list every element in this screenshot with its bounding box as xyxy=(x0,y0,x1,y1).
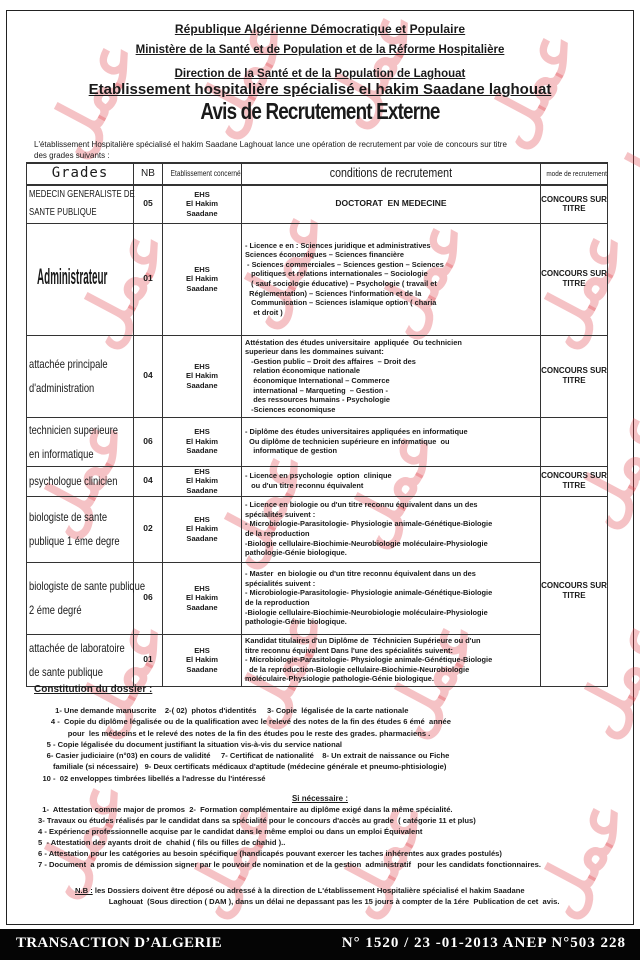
mode-line: TITRE xyxy=(541,279,607,289)
condition-line: politiques et relations internationales … xyxy=(245,269,537,279)
condition-line: -Biologie cellulaire-Biochimie-Neurobiol… xyxy=(245,539,537,549)
grades-table: Grades NB Etablissement concerné conditi… xyxy=(26,162,608,687)
condition-line: superieur dans les dommaines suivant: xyxy=(245,347,537,357)
dossier-item: 1- Une demande manuscrite 2-( 02) photos… xyxy=(34,705,451,716)
etablissement-line: Saadane xyxy=(163,446,241,456)
condition-line: - Master en biologie ou d'un titre recon… xyxy=(245,569,537,579)
etablissement-line: EHS xyxy=(163,265,241,275)
table-row: biologiste de santepublique 1 éme degre0… xyxy=(27,496,608,562)
grade-label: SANTE PUBLIQUE xyxy=(29,204,97,222)
etablissement-line: Saadane xyxy=(163,534,241,544)
grade-cell: attachée principaled'administration xyxy=(27,335,134,417)
dossier-item: 10 - 02 enveloppes timbrées libellés a l… xyxy=(34,773,451,784)
etablissement-line: El Hakim xyxy=(163,593,241,603)
si-necessaire-item: 3- Travaux ou études réalisés par le can… xyxy=(38,815,541,826)
table-row: technicien superieureen informatique06EH… xyxy=(27,417,608,466)
condition-line: des ressources humains - Psychologie xyxy=(245,395,537,405)
conditions-cell: DOCTORAT EN MEDECINE xyxy=(242,185,541,223)
condition-line: - Microbiologie-Parasitologie- Physiolog… xyxy=(245,655,537,665)
conditions-cell: - Licence en biologie ou d'un titre reco… xyxy=(242,496,541,562)
etablissement-line: Saadane xyxy=(163,381,241,391)
etablissement-line: Saadane xyxy=(163,603,241,613)
grade-cell: attachée de laboratoirede sante publique xyxy=(27,634,134,686)
table-row: psychologue clinicien04EHSEl HakimSaadan… xyxy=(27,466,608,496)
condition-line: Sciences économiques – Sciences financiè… xyxy=(245,250,537,260)
si-necessaire-item: 1- Attestation comme major de promos 2- … xyxy=(38,804,541,815)
condition-line: - Microbiologie-Parasitologie- Physiolog… xyxy=(245,519,537,529)
table-row: MEDECIN GENERALISTE DESANTE PUBLIQUE05EH… xyxy=(27,185,608,223)
mode-cell: CONCOURS SURTITRE xyxy=(541,223,608,335)
si-necessaire-item: 7 - Document a promis de démission signe… xyxy=(38,859,541,870)
header-mode: mode de recrutement xyxy=(541,163,608,185)
condition-line: spécialités suivent : xyxy=(245,510,537,520)
grade-cell: Administrateur xyxy=(27,223,134,335)
etablissement-line: El Hakim xyxy=(163,524,241,534)
dossier-item: 4 - Copie du diplôme légalisée ou de la … xyxy=(34,716,451,727)
grade-label: publique 1 éme degre xyxy=(29,529,120,553)
grade-cell: psychologue clinicien xyxy=(27,466,134,496)
publication-reference: N° 1520 / 23 -01-2013 ANEP N°503 228 xyxy=(342,935,626,952)
intro-paragraph: L'établissement Hospitalière spécialisé … xyxy=(34,139,614,161)
condition-line: informatique de gestion xyxy=(245,446,537,456)
condition-line: de la reproduction xyxy=(245,598,537,608)
etablissement-line: El Hakim xyxy=(163,437,241,447)
etablissement-cell: EHSEl HakimSaadane xyxy=(163,223,242,335)
grade-label: d'administration xyxy=(29,376,94,400)
condition-line: - Licence en biologie ou d'un titre reco… xyxy=(245,500,537,510)
header-conditions-label: conditions de recrutement xyxy=(330,169,452,179)
grade-label: technicien superieure xyxy=(29,418,118,442)
mode-line: CONCOURS SUR xyxy=(541,269,607,279)
si-necessaire-item: 6 - Attestation pour les catégories au b… xyxy=(38,848,541,859)
grade-label: attachée principale xyxy=(29,352,108,376)
condition-line: relation économique nationale xyxy=(245,366,537,376)
dossier-item: familiale (si nécessaire) 9- Deux certif… xyxy=(34,761,451,772)
si-necessaire-title: Si nécessaire : xyxy=(0,794,640,803)
etablissement-cell: EHSEl HakimSaadane xyxy=(163,417,242,466)
condition-line: international – Marqueting – Gestion - xyxy=(245,386,537,396)
grade-cell: biologiste de sante publique2 éme degré xyxy=(27,562,134,634)
mode-line: TITRE xyxy=(541,591,607,601)
etablissement-line: EHS xyxy=(163,584,241,594)
mode-line: CONCOURS SUR xyxy=(541,581,607,591)
etablissement-line: EHS xyxy=(163,467,241,477)
conditions-cell: - Master en biologie ou d'un titre recon… xyxy=(242,562,541,634)
table-row: attachée de laboratoirede sante publique… xyxy=(27,634,608,686)
condition-line: économique International – Commerce xyxy=(245,376,537,386)
etablissement-line: El Hakim xyxy=(163,199,241,209)
grade-label: psychologue clinicien xyxy=(29,472,117,490)
etablissement-line: EHS xyxy=(163,646,241,656)
grade-cell: technicien superieureen informatique xyxy=(27,417,134,466)
condition-line: ( sauf sociologie éducative) – Psycholog… xyxy=(245,279,537,289)
conditions-cell: - Licence en psychologie option clinique… xyxy=(242,466,541,496)
nb-text: les Dossiers doivent être déposé ou adre… xyxy=(93,886,525,895)
etablissement-cell: EHSEl HakimSaadane xyxy=(163,335,242,417)
intro-line: des grades suivants : xyxy=(34,150,614,161)
table-row: attachée principaled'administration04EHS… xyxy=(27,335,608,417)
header-nb-label: NB xyxy=(141,168,155,179)
grade-label: 2 éme degré xyxy=(29,598,82,622)
etablissement-line: El Hakim xyxy=(163,655,241,665)
dossier-item: 6- Casier judiciaire (n°03) en cours de … xyxy=(34,750,451,761)
publication-name: TRANSACTION D’ALGERIE xyxy=(16,935,222,952)
conditions-cell: Attéstation des études universitaire app… xyxy=(242,335,541,417)
table-row: biologiste de sante publique2 éme degré0… xyxy=(27,562,608,634)
etablissement-line: Saadane xyxy=(163,284,241,294)
nb-cell: 06 xyxy=(134,417,163,466)
condition-line: pathologie-Génie biologique. xyxy=(245,617,537,627)
grade-cell: biologiste de santepublique 1 éme degre xyxy=(27,496,134,562)
etablissement-line: Saadane xyxy=(163,665,241,675)
condition-line: - Licence e en : Sciences juridique et a… xyxy=(245,241,537,251)
condition-line: -Biologie cellulaire-Biochimie-Neurobiol… xyxy=(245,608,537,618)
republic-heading: République Algérienne Démocratique et Po… xyxy=(0,22,640,36)
conditions-cell: - Diplôme des études universitaires appl… xyxy=(242,417,541,466)
grade-label: biologiste de sante publique xyxy=(29,574,145,598)
table-header-row: Grades NB Etablissement concerné conditi… xyxy=(27,163,608,185)
mode-line: TITRE xyxy=(541,376,607,386)
ministry-heading: Ministère de la Santé et de Population e… xyxy=(0,44,640,56)
grade-label: Administrateur xyxy=(37,272,107,282)
etablissement-cell: EHSEl HakimSaadane xyxy=(163,496,242,562)
nb-cell: 05 xyxy=(134,185,163,223)
header-conditions: conditions de recrutement xyxy=(242,163,541,185)
header-nb: NB xyxy=(134,163,163,185)
nb-cell: 06 xyxy=(134,562,163,634)
nb-note-line: Laghouat (Sous direction ( DAM ), dans u… xyxy=(75,896,559,907)
nb-cell: 01 xyxy=(134,634,163,686)
grade-label: en informatique xyxy=(29,442,94,466)
mode-line: TITRE xyxy=(541,481,607,491)
grade-label: de sante publique xyxy=(29,660,103,684)
mode-cell: CONCOURS SURTITRE xyxy=(541,466,608,496)
nb-note-line: N.B : les Dossiers doivent être déposé o… xyxy=(75,885,559,896)
si-necessaire-list: 1- Attestation comme major de promos 2- … xyxy=(38,804,541,871)
condition-line: Ou diplôme de technicien supérieure en i… xyxy=(245,437,537,447)
dossier-item: pour les médecins et le relevé des notes… xyxy=(34,728,451,739)
condition-line: - Sciences commerciales – Sciences gesti… xyxy=(245,260,537,270)
condition-line: - Diplôme des études universitaires appl… xyxy=(245,427,537,437)
etablissement-cell: EHSEl HakimSaadane xyxy=(163,466,242,496)
mode-cell xyxy=(541,417,608,466)
etablissement-line: Saadane xyxy=(163,209,241,219)
etablissement-line: EHS xyxy=(163,515,241,525)
header-grades: Grades xyxy=(27,163,134,185)
etablissement-cell: EHSEl HakimSaadane xyxy=(163,562,242,634)
condition-line: et droit ) xyxy=(245,308,537,318)
condition-line: titre reconnu équivalent Dans l'une des … xyxy=(245,646,537,656)
condition-line: Kandidat titulaires d'un Diplôme de Téch… xyxy=(245,636,537,646)
grade-cell: MEDECIN GENERALISTE DESANTE PUBLIQUE xyxy=(27,185,134,223)
etablissement-line: EHS xyxy=(163,190,241,200)
nb-cell: 04 xyxy=(134,466,163,496)
grade-label: attachée de laboratoire xyxy=(29,636,125,660)
condition-line: de la reproduction-Biologie cellulaire-B… xyxy=(245,665,537,675)
etablissement-line: El Hakim xyxy=(163,274,241,284)
condition-line: Communication – Sciences islamique optio… xyxy=(245,298,537,308)
condition-line: de la reproduction xyxy=(245,529,537,539)
condition-line: spécialités suivent : xyxy=(245,579,537,589)
conditions-cell: Kandidat titulaires d'un Diplôme de Téch… xyxy=(242,634,541,686)
condition-line: - Licence en psychologie option clinique xyxy=(245,471,537,481)
header-mode-label: mode de recrutement xyxy=(546,169,607,179)
condition-line: ou d'un titre reconnu équivalent xyxy=(245,481,537,491)
condition-line: Réglementation) – Sciences l'information… xyxy=(245,289,537,299)
condition-line: -Sciences economiquse xyxy=(245,405,537,415)
dossier-title: Constitution du dossier : xyxy=(34,684,152,695)
mode-cell: CONCOURS SURTITRE xyxy=(541,496,608,686)
header-grades-label: Grades xyxy=(52,165,109,181)
nb-label: N.B : xyxy=(75,886,93,895)
condition-line: pathologie-Génie biologique. xyxy=(245,548,537,558)
nb-cell: 02 xyxy=(134,496,163,562)
conditions-cell: - Licence e en : Sciences juridique et a… xyxy=(242,223,541,335)
condition-line: -Gestion public – Droit des affaires – D… xyxy=(245,357,537,367)
etablissement-line: El Hakim xyxy=(163,476,241,486)
mode-line: CONCOURS SUR xyxy=(541,366,607,376)
dossier-item: 5 - Copie légalisée du document justifia… xyxy=(34,739,451,750)
etablissement-line: El Hakim xyxy=(163,371,241,381)
grade-label: MEDECIN GENERALISTE DE xyxy=(29,186,135,204)
direction-heading: Direction de la Santé et de la Populatio… xyxy=(0,68,640,80)
mode-line: CONCOURS SUR xyxy=(541,471,607,481)
table-row: Administrateur01EHSEl HakimSaadane- Lice… xyxy=(27,223,608,335)
condition-line: moléculaire-Physiologie pathologie-Génie… xyxy=(245,674,537,684)
mode-line: TITRE xyxy=(541,204,607,214)
mode-line: CONCOURS SUR xyxy=(541,195,607,205)
dossier-list: 1- Une demande manuscrite 2-( 02) photos… xyxy=(34,705,451,784)
condition-line: Attéstation des études universitaire app… xyxy=(245,338,537,348)
etablissement-cell: EHSEl HakimSaadane xyxy=(163,185,242,223)
etablissement-line: EHS xyxy=(163,362,241,372)
condition-line: DOCTORAT EN MEDECINE xyxy=(245,199,537,209)
mode-cell: CONCOURS SURTITRE xyxy=(541,185,608,223)
mode-cell: CONCOURS SURTITRE xyxy=(541,335,608,417)
si-necessaire-item: 4 - Expérience professionnelle acquise p… xyxy=(38,826,541,837)
condition-line: - Microbiologie-Parasitologie- Physiolog… xyxy=(245,588,537,598)
establishment-heading: Etablissement hospitalière spécialisé el… xyxy=(0,81,640,98)
intro-line: L'établissement Hospitalière spécialisé … xyxy=(34,139,614,150)
page-title: Avis de Recrutement Externe xyxy=(58,98,583,125)
header-etablissement-label: Etablissement concerné xyxy=(171,169,241,179)
si-necessaire-item: 5 - Attestation des ayants droit de chah… xyxy=(38,837,541,848)
footer-bar: TRANSACTION D’ALGERIE N° 1520 / 23 -01-2… xyxy=(0,929,640,960)
grade-label: biologiste de sante xyxy=(29,505,107,529)
etablissement-line: EHS xyxy=(163,427,241,437)
etablissement-cell: EHSEl HakimSaadane xyxy=(163,634,242,686)
nb-cell: 04 xyxy=(134,335,163,417)
nb-note: N.B : les Dossiers doivent être déposé o… xyxy=(75,885,559,907)
etablissement-line: Saadane xyxy=(163,486,241,496)
header-etablissement: Etablissement concerné xyxy=(163,163,242,185)
